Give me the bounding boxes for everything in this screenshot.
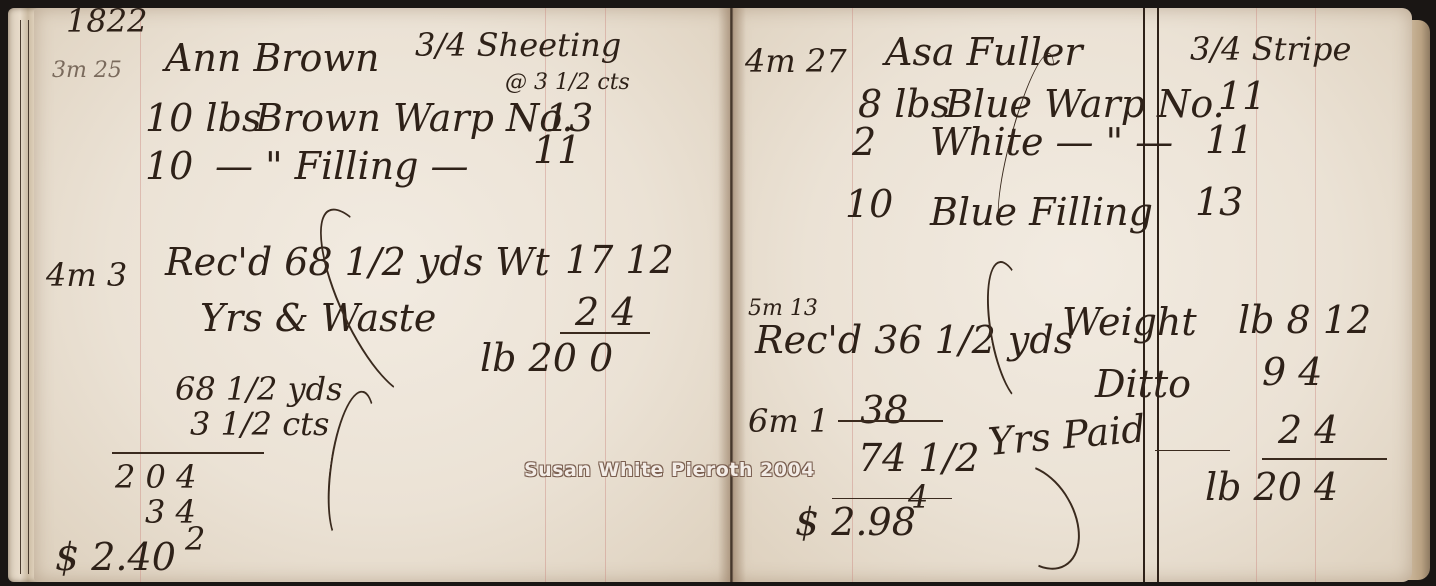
weight-label: Weight — [1062, 300, 1197, 344]
blue-filling-qty: 10 — [845, 182, 893, 226]
calc-rate: 3 1/2 cts — [190, 405, 329, 443]
total-amount: $ 2.40 — [55, 535, 176, 579]
year: 1822 — [66, 2, 147, 40]
calc-line: 38 — [860, 388, 908, 432]
customer-name: Ann Brown — [165, 36, 379, 80]
calc-yards: 68 1/2 yds — [175, 370, 343, 408]
calc-line: 2 — [185, 520, 205, 558]
waste-value: 2 4 — [575, 290, 635, 334]
calc-date: 6m 1 — [748, 402, 829, 440]
entry-date: 4m 3 — [46, 256, 127, 294]
white-item: White — " — — [930, 120, 1173, 164]
filling-no: 11 — [533, 128, 581, 172]
weight-value: lb 8 12 — [1238, 298, 1371, 342]
filling-item: — " Filling — — [215, 144, 469, 188]
ditto-label: Ditto — [1095, 362, 1191, 406]
calc-product: 2 0 4 — [115, 458, 196, 496]
diff-value: 2 4 — [1278, 408, 1338, 452]
product: 3/4 Stripe — [1190, 30, 1351, 68]
warp-no: 11 — [1218, 74, 1266, 118]
calc-line: 74 1/2 — [858, 436, 980, 480]
ledger-book: 1822 3m 25 Ann Brown 3/4 Sheeting @ 3 1/… — [0, 0, 1436, 586]
blue-filling-item: Blue Filling — [930, 190, 1153, 234]
watermark: Susan White Pieroth 2004 — [524, 459, 815, 481]
rate: @ 3 1/2 cts — [505, 70, 630, 95]
ditto-value: 9 4 — [1262, 350, 1322, 394]
product: 3/4 Sheeting — [415, 26, 621, 64]
total-amount: $ 2.98 — [795, 500, 916, 544]
entry-date: 3m 25 — [52, 58, 122, 83]
book-gutter — [718, 8, 746, 582]
entry-date: 4m 27 — [745, 42, 847, 80]
white-no: 11 — [1205, 118, 1253, 162]
filling-qty: 10 — [145, 144, 193, 188]
total-weight: lb 20 0 — [480, 336, 613, 380]
warp-item: Brown Warp No. — [255, 96, 574, 140]
weight-value: 17 12 — [565, 238, 674, 282]
total-weight: lb 20 4 — [1205, 465, 1338, 509]
warp-qty: 10 lbs — [145, 96, 261, 140]
white-qty: 2 — [852, 120, 876, 164]
blue-filling-no: 13 — [1195, 180, 1243, 224]
